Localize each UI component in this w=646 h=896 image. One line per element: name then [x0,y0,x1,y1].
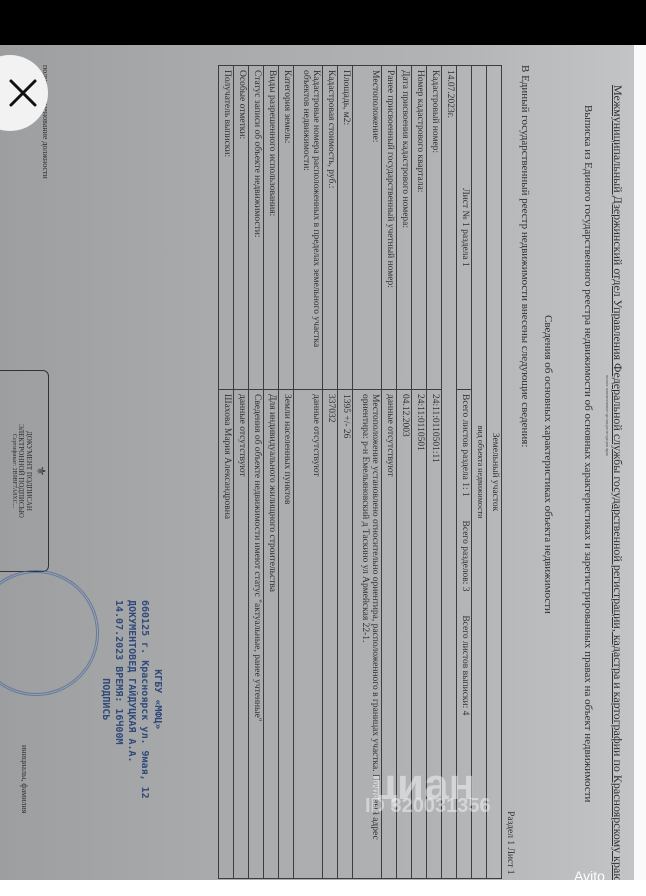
emblem-icon: ⚜ [33,371,48,571]
mfc-datetime: 14.07.2023 ВРЕМЯ: 16Ч00М [112,600,125,799]
document-title: Выписка из Единого государственного реес… [582,105,594,802]
table-row: Дата присвоения кадастрового номера:04.1… [397,66,412,879]
sheet-number: Лист № 1 раздела 1 [457,66,472,390]
bottom-bar [0,880,646,896]
esign-cert: Сертификат: 2B9BF7A8XC... [11,371,17,571]
esign-line1: ДОКУМЕНТ ПОДПИСАН [25,371,33,571]
mfc-stamp: КГБУ «МФЦ» 660125 г. Красноярск ул. 9мая… [99,600,164,799]
table-row: Виды разрешенного использования:Для инди… [264,66,279,879]
intro-text: В Единый государственный реестр недвижим… [519,65,531,447]
official-seal [0,570,99,696]
mfc-signature: ПОДПИСЬ [99,600,112,799]
section-label: Раздел 1 Лист 1 [502,66,517,879]
table-row: Кадастровые номера расположенных в преде… [294,66,323,879]
extract-date: 14.07.2023г. [442,66,457,879]
table-row: Номер кадастрового квартала:24:11:011050… [412,66,427,879]
authority-note: полное наименование органа регистрации п… [605,375,610,456]
table-row: Местоположение:Местоположение установлен… [353,66,382,879]
table-row: Получатель выписки:Шахова Мария Александ… [219,66,234,879]
object-type-caption: вид объекта недвижимости [472,66,487,879]
initials-caption: инициалы, фамилия [20,745,29,813]
authority-name: Межмуниципальный Дзержинский отдел Управ… [610,85,625,880]
sheets-total: Всего листов выписки: 4 [460,615,470,715]
object-type: Земельный участок [487,66,502,879]
registry-table: Раздел 1 Лист 1 Земельный участок вид об… [218,65,516,879]
table-row: Ранее присвоенный государственный учетны… [382,66,397,879]
table-row: Особые отметки:данные отсутствуют [234,66,249,879]
table-row: Категория земель:Земли населенных пункто… [279,66,294,879]
electronic-signature-box: ⚜ ДОКУМЕНТ ПОДПИСАН ЭЛЕКТРОННОЙ ПОДПИСЬЮ… [0,370,49,572]
table-row: Площадь, м2:1395 +/- 26 [338,66,353,879]
esign-line2: ЭЛЕКТРОННОЙ ПОДПИСЬЮ [17,371,25,571]
mfc-address: 660125 г. Красноярск ул. 9мая, 12 [138,600,151,799]
sheets-in-section: Всего листов раздела 1: 1 [460,394,470,497]
table-row: Кадастровый номер:24:11:0110501:11 [427,66,442,879]
mfc-org: КГБУ «МФЦ» [151,600,164,799]
document-photo: Межмуниципальный Дзержинский отдел Управ… [0,45,634,880]
table-row: Кадастровая стоимость, руб.:337032 [323,66,338,879]
close-icon [8,78,38,108]
photo-edge [634,45,646,880]
table-row: Статус записи об объекте недвижимости:Св… [249,66,264,879]
status-bar [0,0,646,45]
sections-total: Всего разделов: 3 [460,521,470,592]
mfc-clerk: ДОКУМЕНТОВЕД ГАЙДУЦКАЯ А.А. [125,600,138,799]
registry-extract: Межмуниципальный Дзержинский отдел Управ… [0,45,634,880]
cian-watermark-id: ID 320031356 [365,795,491,818]
document-subtitle: Сведения об основных характеристиках объ… [542,315,554,614]
